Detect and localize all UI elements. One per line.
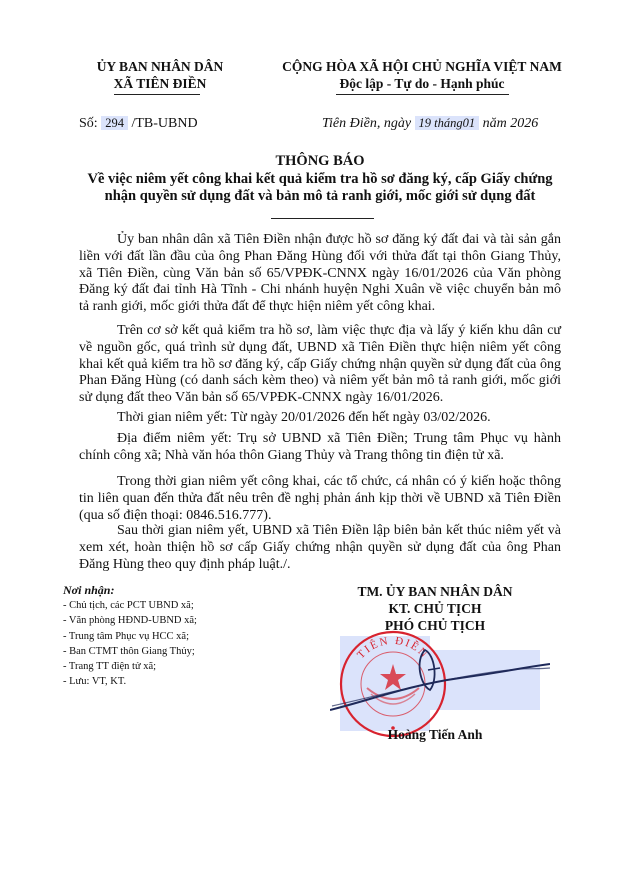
- signer-name: Hoàng Tiến Anh: [335, 727, 535, 743]
- handwritten-signature-icon: [330, 640, 550, 720]
- national-title-block: CỘNG HÒA XÃ HỘI CHỦ NGHĨA VIỆT NAM Độc l…: [262, 58, 582, 92]
- recipient-item: - Ban CTMT thôn Giang Thủy;: [63, 644, 293, 659]
- body-paragraph-5: Trong thời gian niêm yết công khai, các …: [79, 474, 561, 524]
- nation-name: CỘNG HÒA XÃ HỘI CHỦ NGHĨA VIỆT NAM: [262, 58, 582, 75]
- body-paragraph-6: Sau thời gian niêm yết, UBND xã Tiên Điề…: [79, 523, 561, 573]
- paragraph-text: Trong thời gian niêm yết công khai, các …: [79, 474, 561, 524]
- title-subtitle-1: Về việc niêm yết công khai kết quả kiểm …: [60, 171, 580, 189]
- title-heading: THÔNG BÁO: [60, 153, 580, 171]
- motto-underline: [336, 94, 509, 95]
- number-field[interactable]: 294: [101, 116, 128, 130]
- signature-line-2: KT. CHỦ TỊCH: [335, 600, 535, 617]
- paragraph-text: Thời gian niêm yết: Từ ngày 20/01/2026 đ…: [79, 410, 561, 427]
- number-label: Số:: [79, 116, 98, 131]
- paragraph-text: Ủy ban nhân dân xã Tiên Điền nhận được h…: [79, 232, 561, 316]
- paragraph-text: Địa điểm niêm yết: Trụ sở UBND xã Tiên Đ…: [79, 431, 561, 465]
- body-paragraph-1: Ủy ban nhân dân xã Tiên Điền nhận được h…: [79, 232, 561, 316]
- recipient-item: - Lưu: VT, KT.: [63, 674, 293, 689]
- issuing-agency-block: ỦY BAN NHÂN DÂN XÃ TIÊN ĐIỀN: [60, 58, 260, 92]
- recipient-item: - Chủ tịch, các PCT UBND xã;: [63, 598, 293, 613]
- recipient-item: - Trung tâm Phục vụ HCC xã;: [63, 629, 293, 644]
- document-title: THÔNG BÁO Về việc niêm yết công khai kết…: [60, 153, 580, 206]
- title-underline: [271, 218, 374, 219]
- body-paragraph-2: Trên cơ sở kết quả kiểm tra hồ sơ, làm v…: [79, 323, 561, 407]
- body-paragraph-4: Địa điểm niêm yết: Trụ sở UBND xã Tiên Đ…: [79, 431, 561, 465]
- recipients-list: Nơi nhận: - Chủ tịch, các PCT UBND xã; -…: [63, 583, 293, 689]
- recipient-item: - Văn phòng HĐND-UBND xã;: [63, 613, 293, 628]
- paragraph-text: Sau thời gian niêm yết, UBND xã Tiên Điề…: [79, 523, 561, 573]
- national-motto: Độc lập - Tự do - Hạnh phúc: [262, 75, 582, 92]
- body-paragraph-3: Thời gian niêm yết: Từ ngày 20/01/2026 đ…: [79, 410, 561, 427]
- date-field[interactable]: 19 tháng01: [415, 116, 480, 130]
- place-date: Tiên Điền, ngày 19 tháng01 năm 2026: [322, 116, 538, 132]
- signature-line-1: TM. ỦY BAN NHÂN DÂN: [335, 583, 535, 600]
- agency-name: ỦY BAN NHÂN DÂN: [60, 58, 260, 75]
- place-prefix: Tiên Điền, ngày: [322, 116, 411, 131]
- recipients-heading: Nơi nhận:: [63, 583, 293, 598]
- signature-block: TM. ỦY BAN NHÂN DÂN KT. CHỦ TỊCH PHÓ CHỦ…: [335, 583, 535, 634]
- commune-name: XÃ TIÊN ĐIỀN: [60, 75, 260, 92]
- paragraph-text: Trên cơ sở kết quả kiểm tra hồ sơ, làm v…: [79, 323, 561, 407]
- title-subtitle-2: nhận quyền sử dụng đất và bản mô tả ranh…: [60, 188, 580, 206]
- agency-underline: [114, 94, 200, 95]
- year-text: năm 2026: [483, 116, 539, 131]
- document-number: Số: 294 /TB-UBND: [79, 116, 198, 132]
- number-suffix: /TB-UBND: [131, 116, 197, 131]
- recipient-item: - Trang TT điện tử xã;: [63, 659, 293, 674]
